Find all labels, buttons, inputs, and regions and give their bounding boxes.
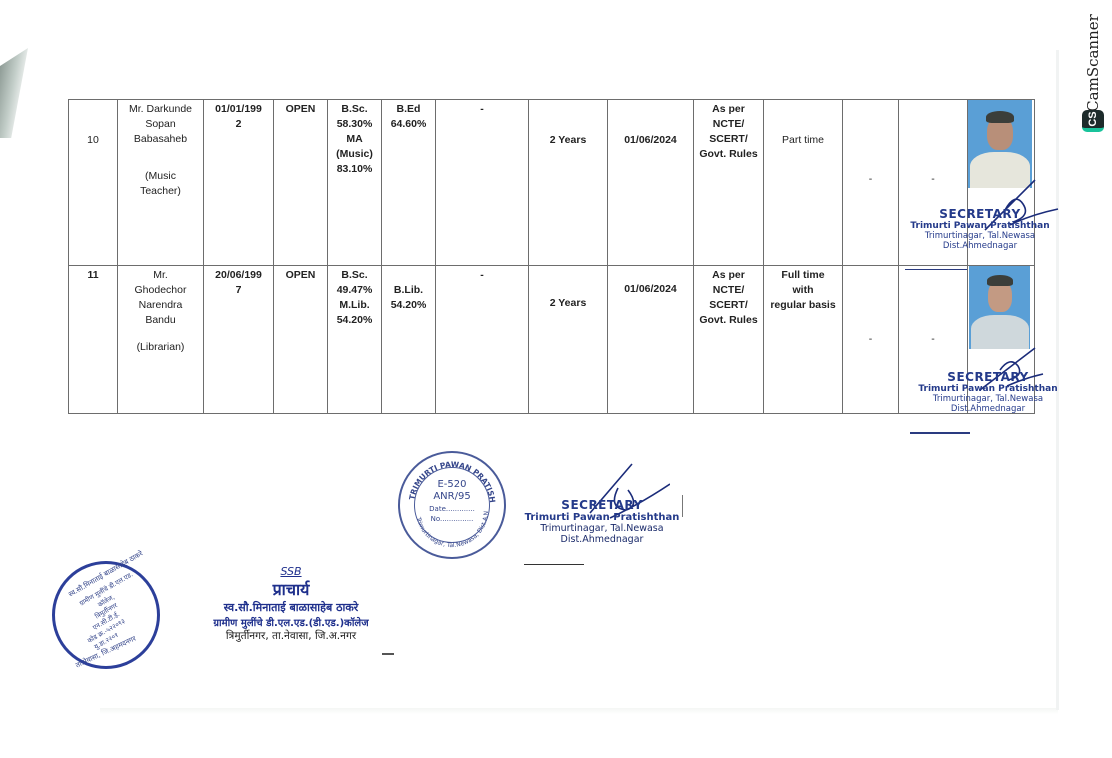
cell-professional-qualification: B.Ed 64.60%: [382, 100, 436, 266]
cell-name: Mr. Darkunde Sopan Babasaheb (Music Teac…: [118, 100, 204, 266]
secretary-district: Dist.Ahmednagar: [898, 241, 1062, 251]
pen-line: [905, 269, 967, 270]
stamp-anr: ANR/95: [400, 491, 504, 502]
cell-col13: -: [843, 100, 899, 266]
table-row: 11 Mr. Ghodechor Narendra Bandu (Librari…: [69, 266, 1035, 414]
staff-photo-2: [969, 266, 1030, 349]
scanned-document-page: 10 Mr. Darkunde Sopan Babasaheb (Music T…: [0, 0, 1112, 758]
stamp-no: No...............: [400, 515, 504, 523]
cell-qualification: B.Sc. 58.30% MA (Music) 83.10%: [328, 100, 382, 266]
cell-category: OPEN: [274, 266, 328, 414]
secretary-org: Trimurti Pawan Pratishthan: [898, 221, 1062, 231]
camscanner-watermark: CamScanner CS: [1078, 8, 1108, 132]
cell-nature: Full time with regular basis: [764, 266, 843, 414]
cell-name: Mr. Ghodechor Narendra Bandu (Librarian): [118, 266, 204, 414]
cell-nature: Part time: [764, 100, 843, 266]
secretary-org: Trimurti Pawan Pratishthan: [524, 512, 680, 523]
trust-round-stamp: TRIMURTI PAWAN PRATISHTHAN Trimurtinagar…: [398, 451, 506, 559]
cell-pay-scale: As per NCTE/ SCERT/ Govt. Rules: [694, 266, 764, 414]
photo-hair: [987, 275, 1013, 286]
cell-extra: -: [436, 100, 529, 266]
principal-name: स्व.सौ.मिनाताई बाळासाहेब ठाकरे: [196, 600, 386, 615]
principal-signature-block: SSB प्राचार्य स्व.सौ.मिनाताई बाळासाहेब ठ…: [196, 565, 386, 643]
secretary-place: Trimurtinagar, Tal.Newasa: [906, 394, 1070, 404]
staff-name: Mr. Ghodechor Narendra Bandu: [120, 268, 201, 328]
camscanner-text: CamScanner: [1084, 8, 1102, 118]
camscanner-logo-icon: CS: [1082, 110, 1104, 132]
principal-title: प्राचार्य: [196, 578, 386, 600]
principal-address: त्रिमुर्तीनगर, ता.नेवासा, जि.अ.नगर: [196, 629, 386, 643]
staff-table: 10 Mr. Darkunde Sopan Babasaheb (Music T…: [68, 99, 1035, 414]
secretary-stamp-bottom: SECRETARY Trimurti Pawan Pratishthan Tri…: [524, 498, 680, 545]
cell-professional-qualification: B.Lib. 54.20%: [382, 266, 436, 414]
photo-hair: [986, 111, 1014, 123]
cell-pay-scale: As per NCTE/ SCERT/ Govt. Rules: [694, 100, 764, 266]
secretary-place: Trimurtinagar, Tal.Newasa: [898, 231, 1062, 241]
cell-dob: 01/01/199 2: [204, 100, 274, 266]
cell-duration: 2 Years: [529, 266, 608, 414]
table-row: 10 Mr. Darkunde Sopan Babasaheb (Music T…: [69, 100, 1035, 266]
secretary-title: SECRETARY: [906, 370, 1070, 384]
staff-post: (Librarian): [120, 340, 201, 355]
secretary-stamp-row1: SECRETARY Trimurti Pawan Pratishthan Tri…: [898, 207, 1062, 251]
secretary-place: Trimurtinagar, Tal.Newasa: [524, 523, 680, 534]
secretary-org: Trimurti Pawan Pratishthan: [906, 384, 1070, 394]
secretary-title: SECRETARY: [524, 498, 680, 512]
paper-bottom-edge: [100, 708, 1058, 714]
secretary-district: Dist.Ahmednagar: [906, 404, 1070, 414]
cell-qualification: B.Sc. 49.47% M.Lib. 54.20%: [328, 266, 382, 414]
cell-extra: -: [436, 266, 529, 414]
secretary-title: SECRETARY: [898, 207, 1062, 221]
staff-post: (Music Teacher): [120, 169, 201, 199]
principal-initials: SSB: [196, 565, 386, 578]
cell-duration: 2 Years: [529, 100, 608, 266]
principal-college: ग्रामीण मुलींचे डी.एल.एड.(डी.एड.)कॉलेज: [196, 615, 386, 629]
college-round-stamp: स्व.सौ.मिनाताई बाळासाहेब ठाकरे ग्रामीण म…: [52, 561, 160, 669]
cell-dob: 20/06/199 7: [204, 266, 274, 414]
pen-line: [910, 432, 970, 434]
pen-line: [682, 495, 683, 517]
cell-appointment-date: 01/06/2024: [608, 100, 694, 266]
cell-appointment-date: 01/06/2024: [608, 266, 694, 414]
secretary-district: Dist.Ahmednagar: [524, 534, 680, 545]
cell-category: OPEN: [274, 100, 328, 266]
stamp-reg-no: E-520: [400, 479, 504, 490]
pen-line: [382, 653, 394, 655]
staff-name: Mr. Darkunde Sopan Babasaheb: [120, 102, 201, 147]
cell-sr-no: 11: [69, 266, 118, 414]
cell-sr-no: 10: [69, 100, 118, 266]
pen-line: [524, 564, 584, 565]
cell-col13: -: [843, 266, 899, 414]
stamp-date: Date.............: [400, 505, 504, 513]
page-curl-shadow: [0, 48, 28, 138]
secretary-stamp-row2: SECRETARY Trimurti Pawan Pratishthan Tri…: [906, 370, 1070, 414]
